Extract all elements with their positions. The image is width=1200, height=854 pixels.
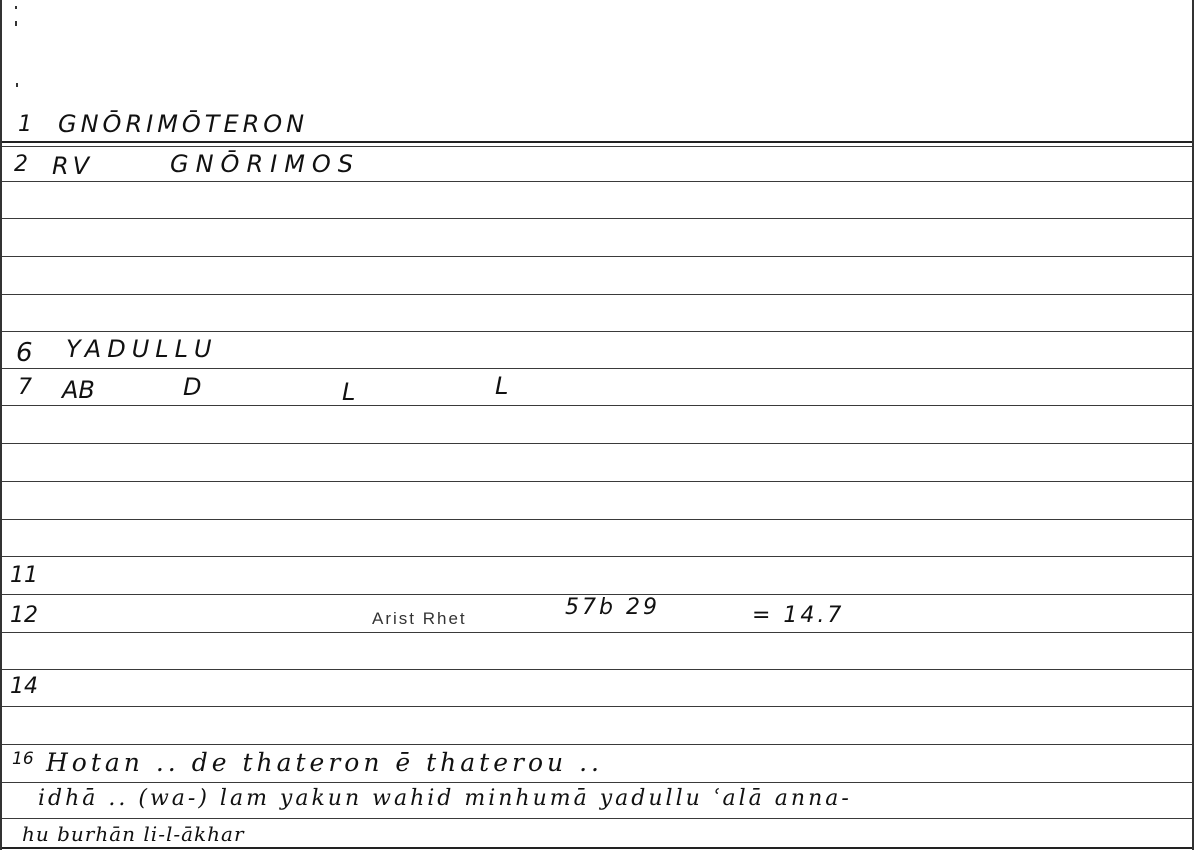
entry-column: L: [495, 372, 512, 400]
card-right-border: [1192, 0, 1194, 850]
ruled-line: [2, 294, 1192, 295]
margin-mark: [15, 21, 17, 26]
margin-mark: [16, 83, 18, 87]
ruled-line: [2, 331, 1192, 332]
ruled-line: [2, 744, 1192, 745]
entry-text: YADULLU: [66, 335, 218, 363]
ruled-line: [2, 847, 1192, 849]
entry-text: GNŌRIMŌTERON: [58, 110, 308, 138]
line-number: 7: [18, 375, 32, 400]
ruled-line: [2, 632, 1192, 633]
margin-mark: [15, 6, 17, 9]
ruled-line: [2, 481, 1192, 482]
entry-text: hu burhān li-l-ākhar: [22, 822, 245, 846]
line-number: 14: [10, 674, 38, 699]
ruled-line: [2, 368, 1192, 369]
entry-column: D: [183, 373, 205, 401]
ruled-line: [2, 519, 1192, 520]
ruled-line: [2, 669, 1192, 670]
entry-column: AB: [62, 376, 95, 404]
card-left-border: [0, 0, 2, 850]
entry-column: L: [342, 378, 359, 406]
ruled-line: [2, 146, 1192, 147]
line-number: 6: [16, 338, 33, 368]
line-number: 1: [18, 112, 32, 137]
ruled-line: [2, 256, 1192, 257]
ruled-line: [2, 218, 1192, 219]
reference-number: 57b 29: [565, 595, 660, 620]
entry-text: Hotan .. de thateron ē thaterou ..: [46, 748, 603, 777]
printed-reference: Arist Rhet: [372, 609, 467, 629]
line-number: 2: [14, 152, 28, 177]
index-card: 1 GNŌRIMŌTERON 2 RV GNŌRIMOS 6 YADULLU 7…: [0, 0, 1200, 854]
line-number: 11: [10, 563, 38, 588]
equals-value: = 14.7: [752, 603, 844, 628]
ruled-line: [2, 782, 1192, 783]
ruled-line: [2, 141, 1192, 143]
ruled-line: [2, 556, 1192, 557]
ruled-line: [2, 443, 1192, 444]
entry-text: idhā .. (wa-) lam yakun wahid minhumā ya…: [38, 786, 852, 811]
entry-prefix: RV: [52, 152, 93, 180]
line-number: 12: [10, 603, 38, 628]
ruled-line: [2, 181, 1192, 182]
ruled-line: [2, 706, 1192, 707]
entry-text: GNŌRIMOS: [170, 150, 360, 178]
ruled-line: [2, 405, 1192, 406]
line-number: 16: [12, 749, 34, 769]
ruled-line: [2, 818, 1192, 819]
